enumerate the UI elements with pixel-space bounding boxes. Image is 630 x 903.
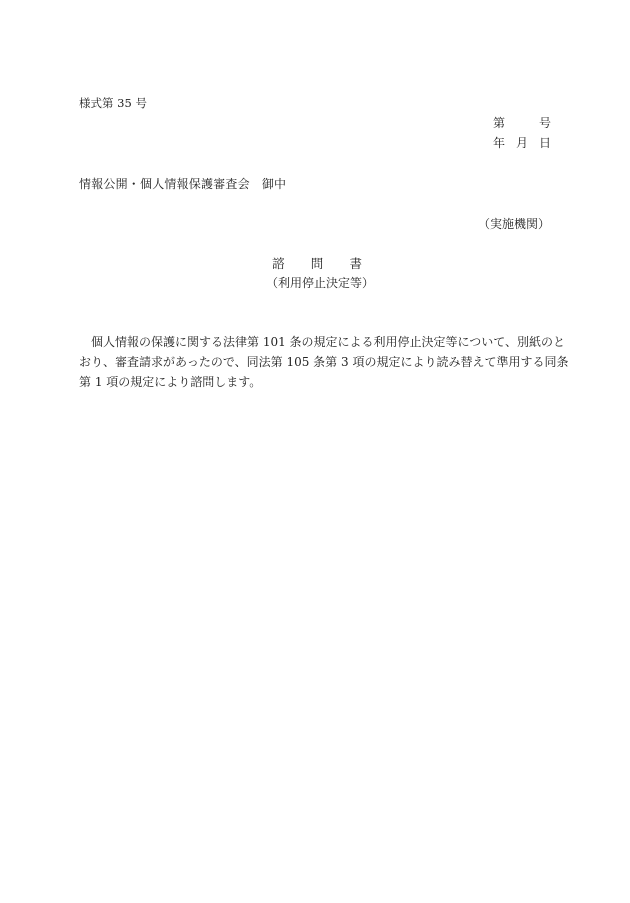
addressee-name: 情報公開・個人情報保護審査会 [79,177,250,191]
addressee: 情報公開・個人情報保護審査会御中 [79,178,286,190]
date-year: 年 [493,137,505,149]
date-line: 年 月 日 [493,137,551,149]
document-number-line: 第 号 [493,117,551,129]
issuing-agency: （実施機関） [478,218,550,230]
document-number-prefix: 第 [493,117,505,129]
body-line: おり、審査請求があったので、同法第 105 条第 3 項の規定により読み替えて準… [79,352,551,372]
document-title: 諮 問 書 [272,258,362,271]
document-number-suffix: 号 [539,117,551,129]
body-line: 第 1 項の規定により諮問します。 [79,372,551,392]
form-number: 様式第 35 号 [79,98,147,110]
document-title-char: 書 [349,258,362,271]
date-day: 日 [539,137,551,149]
body-paragraph: 個人情報の保護に関する法律第 101 条の規定による利用停止決定等について、別紙… [79,332,551,392]
document-title-char: 問 [311,258,324,271]
addressee-honorific: 御中 [262,177,286,191]
document-subtitle: （利用停止決定等） [266,277,374,289]
date-month: 月 [516,137,528,149]
document-title-char: 諮 [272,258,285,271]
body-line: 個人情報の保護に関する法律第 101 条の規定による利用停止決定等について、別紙… [79,332,551,352]
